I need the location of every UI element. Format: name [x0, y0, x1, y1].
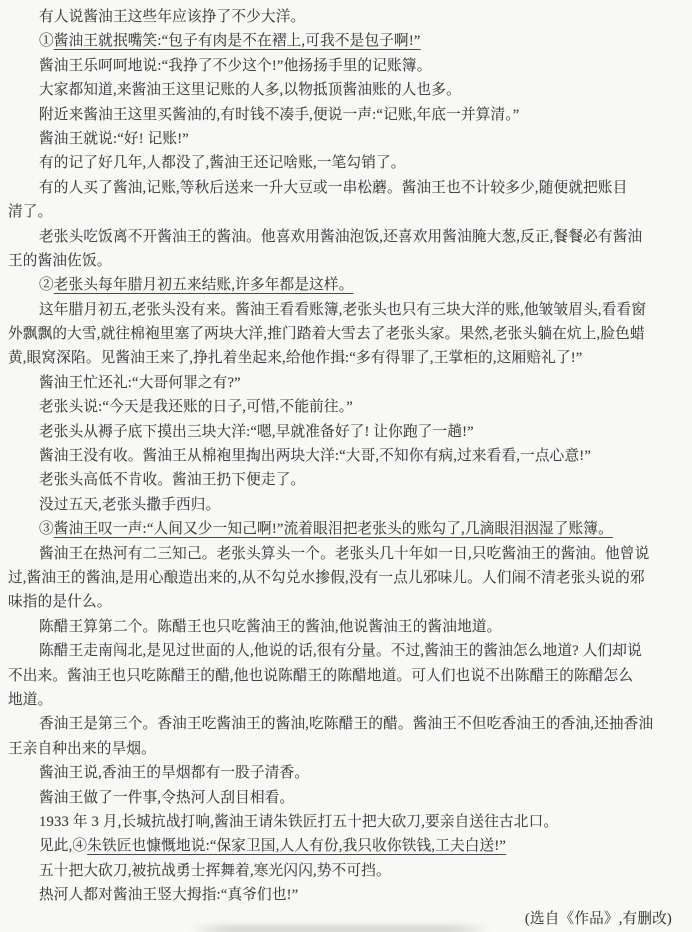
text-segment: 酱油王说,香油王的旱烟都有一股子清香。	[39, 765, 309, 781]
underlined-text-segment: 朱铁匠也慷慨地说:“保家卫国,人人有份,我只收你铁钱,工夫白送!”	[87, 838, 506, 854]
underlined-text-segment: 酱油王就抿嘴笑:“包子有肉是不在褶上,可我不是包子啊!”	[54, 33, 421, 49]
text-segment: 1933 年 3 月,长城抗战打响,酱油王请朱铁匠打五十把大砍刀,要亲自送往古北…	[39, 814, 558, 830]
text-segment: 酱油王在热河有二三知己。老张头算头一个。老张头几十年如一日,只吃酱油王的酱油。他…	[39, 546, 649, 562]
text-segment: 香油王是第三个。香油王吃酱油王的酱油,吃陈醋王的醋。酱油王不但吃香油王的香油,还…	[39, 716, 653, 732]
text-line: 老张头从褥子底下摸出三块大洋:“嗯,早就准备好了! 让你跑了一趟!”	[8, 420, 686, 444]
text-line: 酱油王忙还礼:“大哥何罪之有?”	[8, 371, 686, 395]
text-line: 热河人都对酱油王竖大拇指:“真爷们也!”	[8, 883, 686, 907]
text-line: 有的记了好几年,人都没了,酱油王还记啥账,一笔勾销了。	[8, 151, 686, 175]
text-line: 酱油王在热河有二三知己。老张头算头一个。老张头几十年如一日,只吃酱油王的酱油。他…	[8, 542, 686, 566]
text-segment: 五十把大砍刀,被抗战勇士挥舞着,寒光闪闪,势不可挡。	[39, 863, 391, 879]
text-line: 这年腊月初五,老张头没有来。酱油王看看账簿,老张头也只有三块大洋的账,他皱皱眉头…	[8, 298, 686, 322]
text-line: 陈醋王走南闯北,是见过世面的人,他说的话,很有分量。不过,酱油王的酱油怎么地道?…	[8, 639, 686, 663]
text-segment: 地道。	[8, 692, 52, 708]
text-segment: 热河人都对酱油王竖大拇指:“真爷们也!”	[39, 887, 298, 903]
text-segment: 老张头说:“今天是我还账的日子,可惜,不能前往。”	[39, 399, 353, 415]
text-segment: 黄,眼窝深陷。见酱油王来了,挣扎着坐起来,给他作揖:“多有得罪了,王掌柜的,这厢…	[8, 350, 583, 366]
text-segment: ③	[39, 521, 54, 537]
text-segment: 王亲自种出来的旱烟。	[8, 741, 156, 757]
text-segment: 这年腊月初五,老张头没有来。酱油王看看账簿,老张头也只有三块大洋的账,他皱皱眉头…	[39, 302, 646, 318]
text-line: 五十把大砍刀,被抗战勇士挥舞着,寒光闪闪,势不可挡。	[8, 859, 686, 883]
text-segment: 酱油王就说:“好! 记账!”	[39, 131, 189, 147]
text-segment: 有的记了好几年,人都没了,酱油王还记啥账,一笔勾销了。	[39, 155, 406, 171]
text-segment: 王的酱油佐饭。	[8, 253, 112, 269]
text-segment: 不出来。酱油王也只吃陈醋王的醋,他也说陈醋王的陈醋地道。可人们也说不出陈醋王的陈…	[8, 668, 633, 684]
text-line: 见此,④朱铁匠也慷慨地说:“保家卫国,人人有份,我只收你铁钱,工夫白送!”	[8, 834, 686, 858]
text-line: 不出来。酱油王也只吃陈醋王的醋,他也说陈醋王的陈醋地道。可人们也说不出陈醋王的陈…	[8, 664, 686, 688]
text-line: 没过五天,老张头撒手西归。	[8, 493, 686, 517]
text-segment: 味指的是什么。	[8, 594, 112, 610]
text-segment: 没过五天,老张头撒手西归。	[39, 497, 220, 513]
text-line: 陈醋王算第二个。陈醋王也只吃酱油王的酱油,他说酱油王的酱油地道。	[8, 615, 686, 639]
text-line: 外飘飘的大雪,就往棉袍里塞了两块大洋,推门踏着大雪去了老张头家。果然,老张头躺在…	[8, 322, 686, 346]
underlined-text-segment: 老张头每年腊月初五来结账,许多年都是这样。	[54, 277, 354, 293]
text-lines-container: 有人说酱油王这些年应该挣了不少大洋。①酱油王就抿嘴笑:“包子有肉是不在褶上,可我…	[8, 5, 686, 932]
text-line: 清了。	[8, 200, 686, 224]
text-line: 老张头吃饭离不开酱油王的酱油。他喜欢用酱油泡饭,还喜欢用酱油腌大葱,反正,餐餐必…	[8, 225, 686, 249]
text-segment: 老张头吃饭离不开酱油王的酱油。他喜欢用酱油泡饭,还喜欢用酱油腌大葱,反正,餐餐必…	[39, 229, 642, 245]
text-line: 香油王是第三个。香油王吃酱油王的酱油,吃陈醋王的醋。酱油王不但吃香油王的香油,还…	[8, 712, 686, 736]
text-line: 老张头说:“今天是我还账的日子,可惜,不能前往。”	[8, 395, 686, 419]
text-line: 王的酱油佐饭。	[8, 249, 686, 273]
text-line: ③酱油王叹一声:“人间又少一知己啊!”流着眼泪把老张头的账勾了,几滴眼泪洇湿了账…	[8, 517, 686, 541]
document-page: 有人说酱油王这些年应该挣了不少大洋。①酱油王就抿嘴笑:“包子有肉是不在褶上,可我…	[0, 0, 692, 932]
text-segment: 酱油王没有收。酱油王从棉袍里掏出两块大洋:“大哥,不知你有病,过来看看,一点心意…	[39, 448, 591, 464]
text-segment: 见此,④	[39, 838, 87, 854]
attribution-line: (选自《作品》,有删改)	[8, 907, 686, 931]
text-segment: 附近来酱油王这里买酱油的,有时钱不凑手,便说一声:“记账,年底一并算清。”	[39, 107, 519, 123]
text-segment: 酱油王做了一件事,令热河人刮目相看。	[39, 790, 294, 806]
text-line: 黄,眼窝深陷。见酱油王来了,挣扎着坐起来,给他作揖:“多有得罪了,王掌柜的,这厢…	[8, 346, 686, 370]
text-line: 老张头高低不肯收。酱油王扔下便走了。	[8, 468, 686, 492]
text-line: 酱油王没有收。酱油王从棉袍里掏出两块大洋:“大哥,不知你有病,过来看看,一点心意…	[8, 444, 686, 468]
text-line: 味指的是什么。	[8, 590, 686, 614]
text-segment: 老张头高低不肯收。酱油王扔下便走了。	[39, 472, 305, 488]
text-line: 有人说酱油王这些年应该挣了不少大洋。	[8, 5, 686, 29]
text-line: 酱油王说,香油王的旱烟都有一股子清香。	[8, 761, 686, 785]
text-segment: 有的人买了酱油,记账,等秋后送来一升大豆或一串松蘑。酱油王也不计较多少,随便就把…	[39, 180, 628, 196]
text-segment: (选自《作品》,有删改)	[525, 911, 672, 927]
text-segment: 大家都知道,来酱油王这里记账的人多,以物抵顶酱油账的人也多。	[39, 82, 461, 98]
text-line: 有的人买了酱油,记账,等秋后送来一升大豆或一串松蘑。酱油王也不计较多少,随便就把…	[8, 176, 686, 200]
text-line: 大家都知道,来酱油王这里记账的人多,以物抵顶酱油账的人也多。	[8, 78, 686, 102]
text-segment: 陈醋王走南闯北,是见过世面的人,他说的话,很有分量。不过,酱油王的酱油怎么地道?…	[39, 643, 642, 659]
text-line: 酱油王乐呵呵地说:“我挣了不少这个!”他扬扬手里的记账簿。	[8, 54, 686, 78]
text-segment: ①	[39, 33, 54, 49]
text-line: 王亲自种出来的旱烟。	[8, 737, 686, 761]
underlined-text-segment: 酱油王叹一声:“人间又少一知己啊!”流着眼泪把老张头的账勾了,几滴眼泪洇湿了账簿…	[54, 521, 613, 537]
text-segment: 外飘飘的大雪,就往棉袍里塞了两块大洋,推门踏着大雪去了老张头家。果然,老张头躺在…	[8, 326, 645, 342]
text-line: ②老张头每年腊月初五来结账,许多年都是这样。	[8, 273, 686, 297]
text-line: 1933 年 3 月,长城抗战打响,酱油王请朱铁匠打五十把大砍刀,要亲自送往古北…	[8, 810, 686, 834]
text-line: 过,酱油王的酱油,是用心酿造出来的,从不勾兑水掺假,没有一点儿邪味儿。人们闹不清…	[8, 566, 686, 590]
text-line: 地道。	[8, 688, 686, 712]
text-segment: 老张头从褥子底下摸出三块大洋:“嗯,早就准备好了! 让你跑了一趟!”	[39, 424, 474, 440]
text-segment: 陈醋王算第二个。陈醋王也只吃酱油王的酱油,他说酱油王的酱油地道。	[39, 619, 501, 635]
text-segment: 清了。	[8, 204, 52, 220]
text-segment: 酱油王忙还礼:“大哥何罪之有?”	[39, 375, 241, 391]
text-line: 酱油王就说:“好! 记账!”	[8, 127, 686, 151]
text-segment: ②	[39, 277, 54, 293]
text-segment: 酱油王乐呵呵地说:“我挣了不少这个!”他扬扬手里的记账簿。	[39, 58, 432, 74]
text-line: 附近来酱油王这里买酱油的,有时钱不凑手,便说一声:“记账,年底一并算清。”	[8, 103, 686, 127]
text-segment: 过,酱油王的酱油,是用心酿造出来的,从不勾兑水掺假,没有一点儿邪味儿。人们闹不清…	[8, 570, 645, 586]
text-segment: 有人说酱油王这些年应该挣了不少大洋。	[39, 9, 305, 25]
text-line: 酱油王做了一件事,令热河人刮目相看。	[8, 786, 686, 810]
text-line: ①酱油王就抿嘴笑:“包子有肉是不在褶上,可我不是包子啊!”	[8, 29, 686, 53]
